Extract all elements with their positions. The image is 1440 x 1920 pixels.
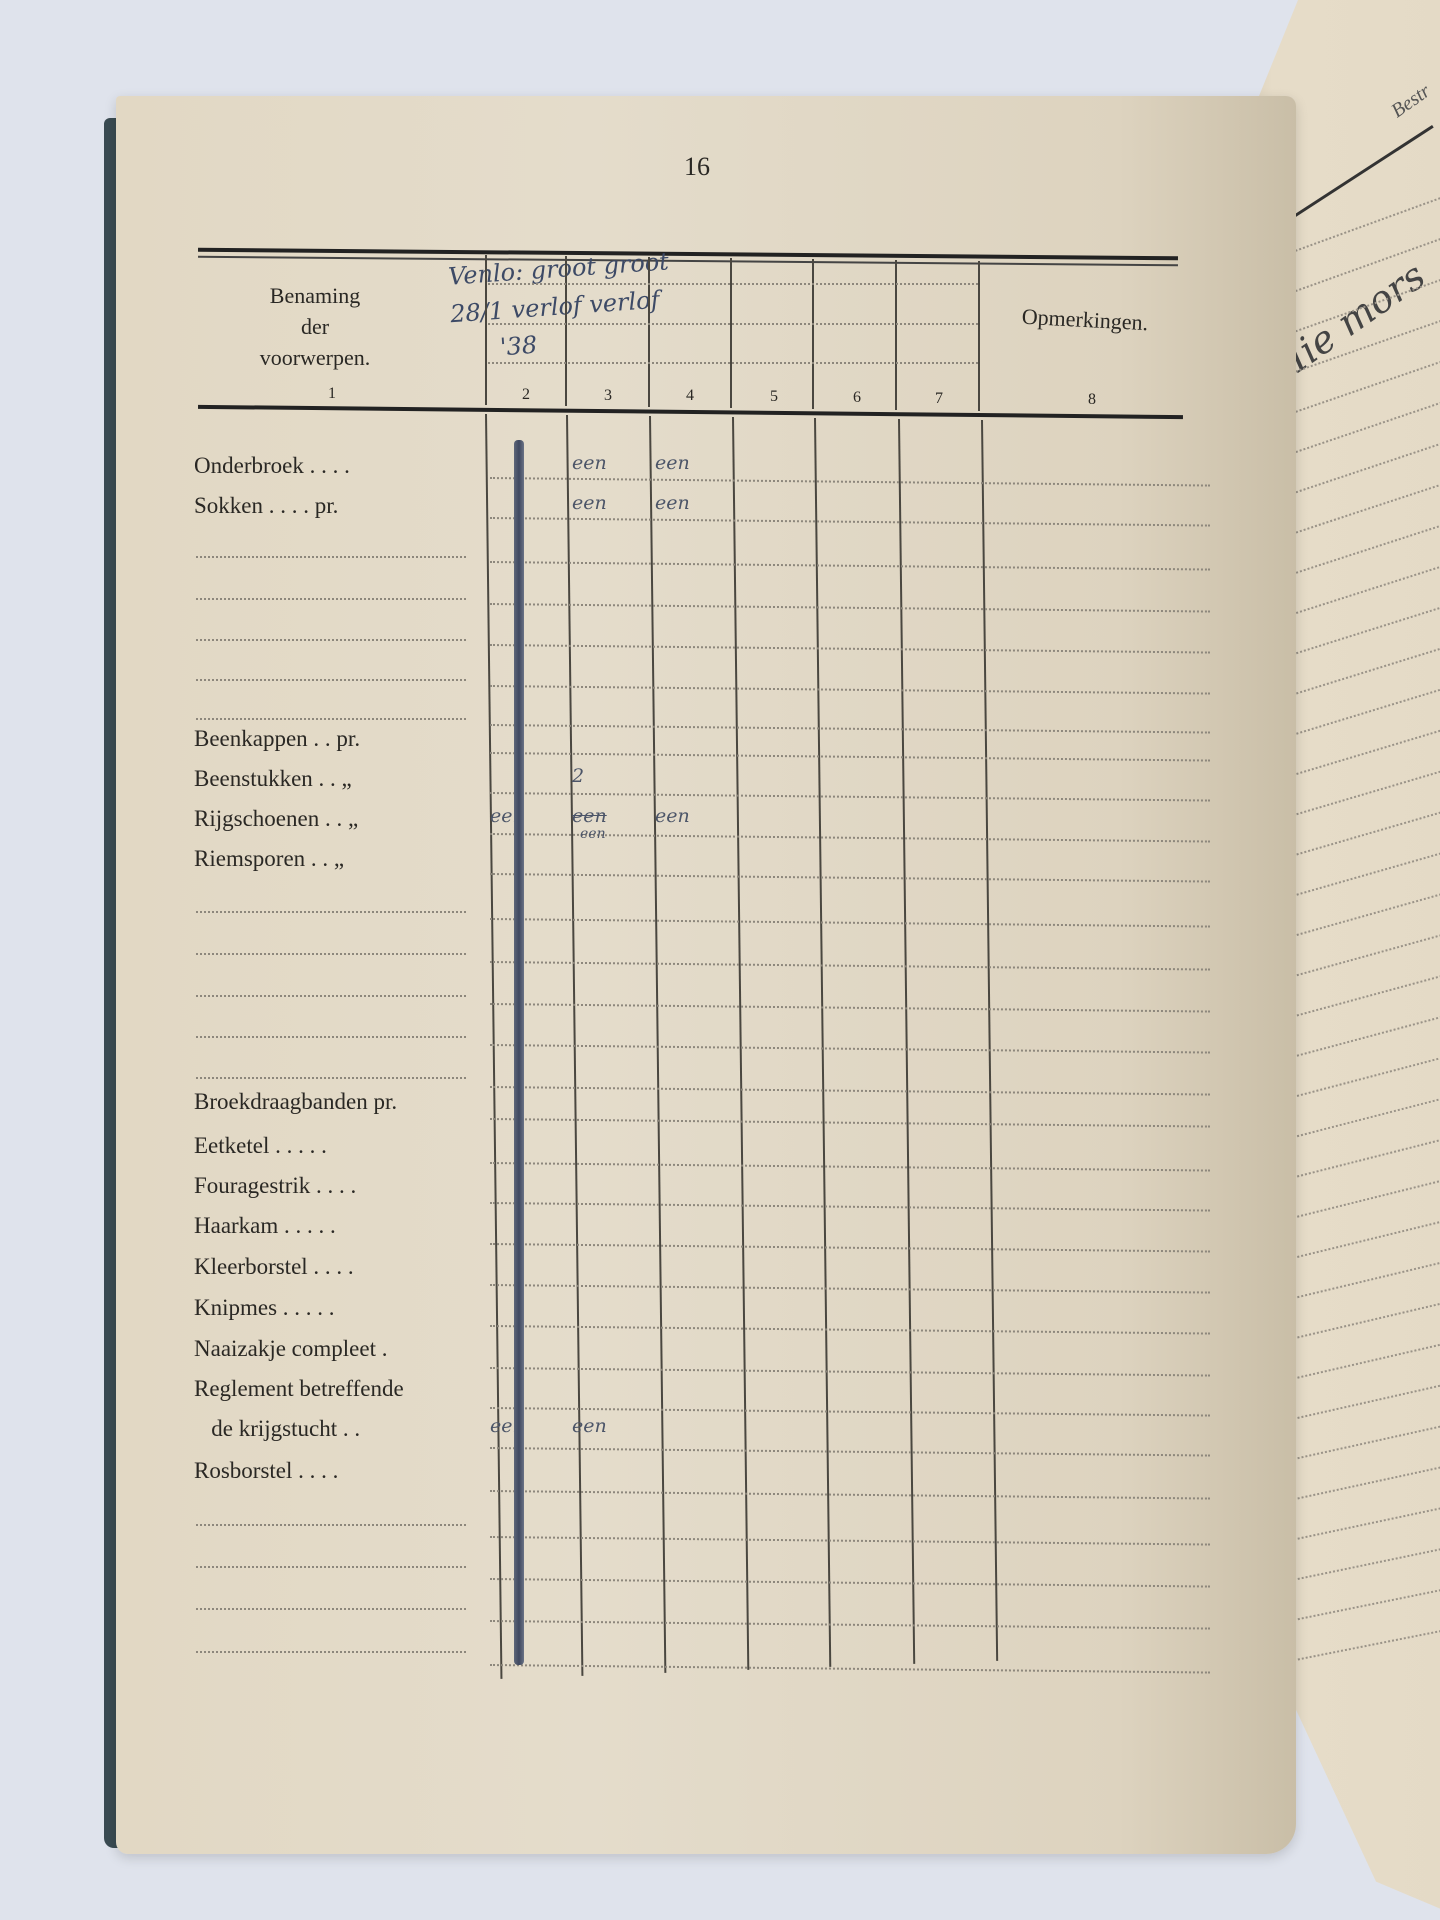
item-blank-line	[196, 1608, 466, 1610]
header-line: der	[230, 311, 400, 342]
item-label: Sokken . . . . pr.	[194, 493, 338, 519]
item-label: Reglement betreffende	[194, 1376, 404, 1402]
item-blank-line	[196, 1036, 466, 1038]
item-label: Onderbroek . . . .	[194, 453, 350, 479]
column-number: 5	[770, 388, 778, 406]
header-line: Benaming	[230, 280, 400, 311]
item-blank-line	[196, 718, 466, 720]
item-label: de krijgstucht . .	[194, 1416, 360, 1442]
handwritten-header-line3: '38	[499, 331, 538, 362]
column-divider-header	[812, 259, 814, 409]
item-blank-line	[196, 639, 466, 641]
item-blank-line	[196, 1077, 466, 1079]
item-label: Knipmes . . . . .	[194, 1295, 335, 1321]
item-label: Haarkam . . . . .	[194, 1213, 336, 1239]
handwritten-struck-entry: een	[572, 805, 607, 827]
handwritten-entry-col4: een	[655, 805, 690, 827]
header-dotted-line	[488, 362, 978, 364]
item-label: Eetketel . . . . .	[194, 1133, 327, 1159]
item-label: Riemsporen . . „	[194, 846, 344, 872]
handwritten-vertical-stroke	[514, 440, 524, 1665]
column-number: 3	[604, 387, 612, 405]
column-divider-header	[730, 258, 732, 408]
column-number: 2	[522, 386, 530, 404]
column-number: 4	[686, 387, 694, 405]
column-divider-header	[485, 255, 487, 405]
item-label: Kleerborstel . . . .	[194, 1254, 354, 1280]
header-line: voorwerpen.	[230, 342, 400, 373]
column-header-benaming: Benaming der voorwerpen.	[230, 280, 400, 373]
handwritten-entry-col3: een	[572, 1415, 607, 1437]
page-number: 16	[684, 152, 710, 182]
handwritten-entry-col4: een	[655, 492, 690, 514]
column-divider-header	[978, 261, 980, 411]
column-number: 6	[853, 389, 861, 407]
item-label: Beenstukken . . „	[194, 766, 352, 792]
column-number: 8	[1088, 391, 1096, 409]
item-label: Rijgschoenen . . „	[194, 806, 358, 832]
item-blank-line	[196, 911, 466, 913]
item-blank-line	[196, 556, 466, 558]
column-number: 1	[328, 385, 336, 403]
item-blank-line	[196, 598, 466, 600]
column-number: 7	[935, 390, 943, 408]
column-divider-header	[565, 256, 567, 406]
item-blank-line	[196, 953, 466, 955]
header-dotted-line	[488, 323, 978, 325]
item-blank-line	[196, 1524, 466, 1526]
column-divider-header	[648, 257, 650, 407]
item-label: Broekdraagbanden pr.	[194, 1089, 397, 1115]
header-dotted-line	[488, 283, 978, 285]
handwritten-correction: een	[580, 826, 606, 842]
item-blank-line	[196, 995, 466, 997]
handwritten-entry-col3: 2	[572, 765, 584, 787]
item-blank-line	[196, 1651, 466, 1653]
item-blank-line	[196, 1566, 466, 1568]
item-blank-line	[196, 679, 466, 681]
item-label: Beenkappen . . pr.	[194, 726, 360, 752]
handwritten-entry-col4: een	[655, 452, 690, 474]
handwritten-entry-col3: een	[572, 452, 607, 474]
item-label: Fouragestrik . . . .	[194, 1173, 356, 1199]
handwritten-entry-col3: een	[572, 492, 607, 514]
item-label: Naaizakje compleet .	[194, 1336, 387, 1362]
item-label: Rosborstel . . . .	[194, 1458, 338, 1484]
